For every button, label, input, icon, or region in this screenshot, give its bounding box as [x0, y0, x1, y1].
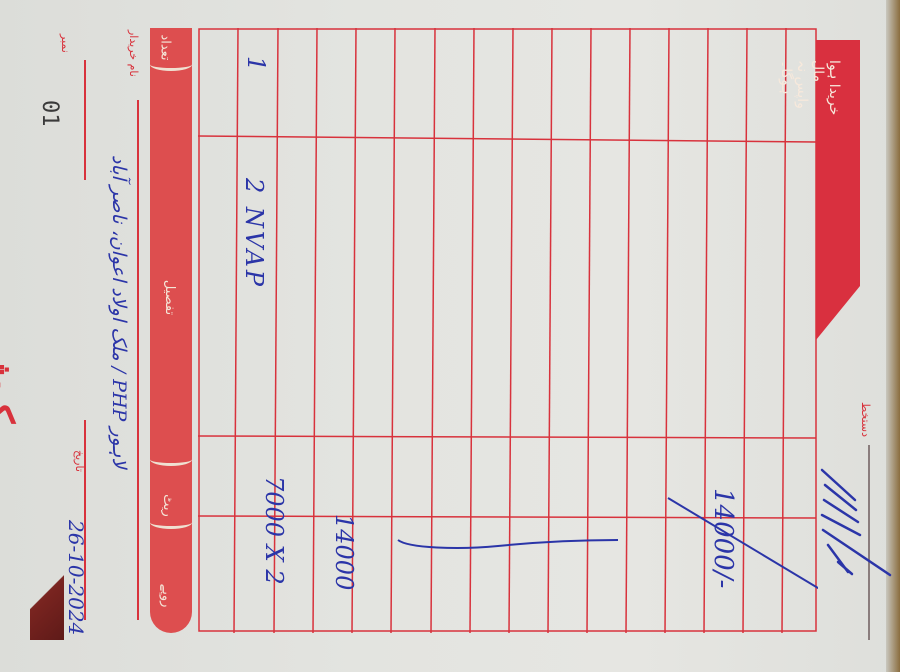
total-amount: 14000/- — [708, 488, 738, 588]
column-header-qty: تعداد — [158, 34, 173, 60]
notice-text: خریدا ہوا مال واپس نہ ہوگا۔ — [778, 60, 842, 118]
date-value: 26-10-2024 — [64, 520, 88, 635]
buyer-label: نام خریدار — [127, 30, 140, 77]
signature-line — [868, 445, 870, 640]
corner-stain — [30, 555, 64, 640]
item-grid: 1 2 NVAP 7000 X 2 14000 14000/- — [198, 28, 818, 633]
memo-number: 01 — [37, 100, 62, 127]
header-separator — [150, 453, 192, 466]
buyer-underline — [137, 100, 139, 620]
row-qty: 1 — [242, 56, 270, 71]
paper-edge — [886, 0, 900, 672]
column-header-rate: ریٹ — [160, 494, 175, 517]
column-header-description: تفصیل — [162, 280, 177, 315]
memo-title: کیش میمو — [0, 250, 22, 423]
row-amount: 14000 — [330, 514, 358, 590]
buyer-value: ملک اولاد اعوان، ناصر آباد / PHP لاہور — [108, 155, 130, 468]
table-header-bar: تعداد تفصیل ریٹ روپے — [150, 28, 192, 633]
signature-label: دستخط — [859, 402, 872, 437]
header-separator — [150, 516, 192, 529]
row-description: 2 NVAP — [240, 178, 268, 289]
number-underline — [84, 60, 86, 180]
row-rate: 7000 X 2 — [260, 476, 288, 585]
number-label: نمبر — [59, 34, 72, 53]
date-label: تاریخ — [73, 450, 86, 472]
column-header-amount: روپے — [158, 584, 173, 608]
